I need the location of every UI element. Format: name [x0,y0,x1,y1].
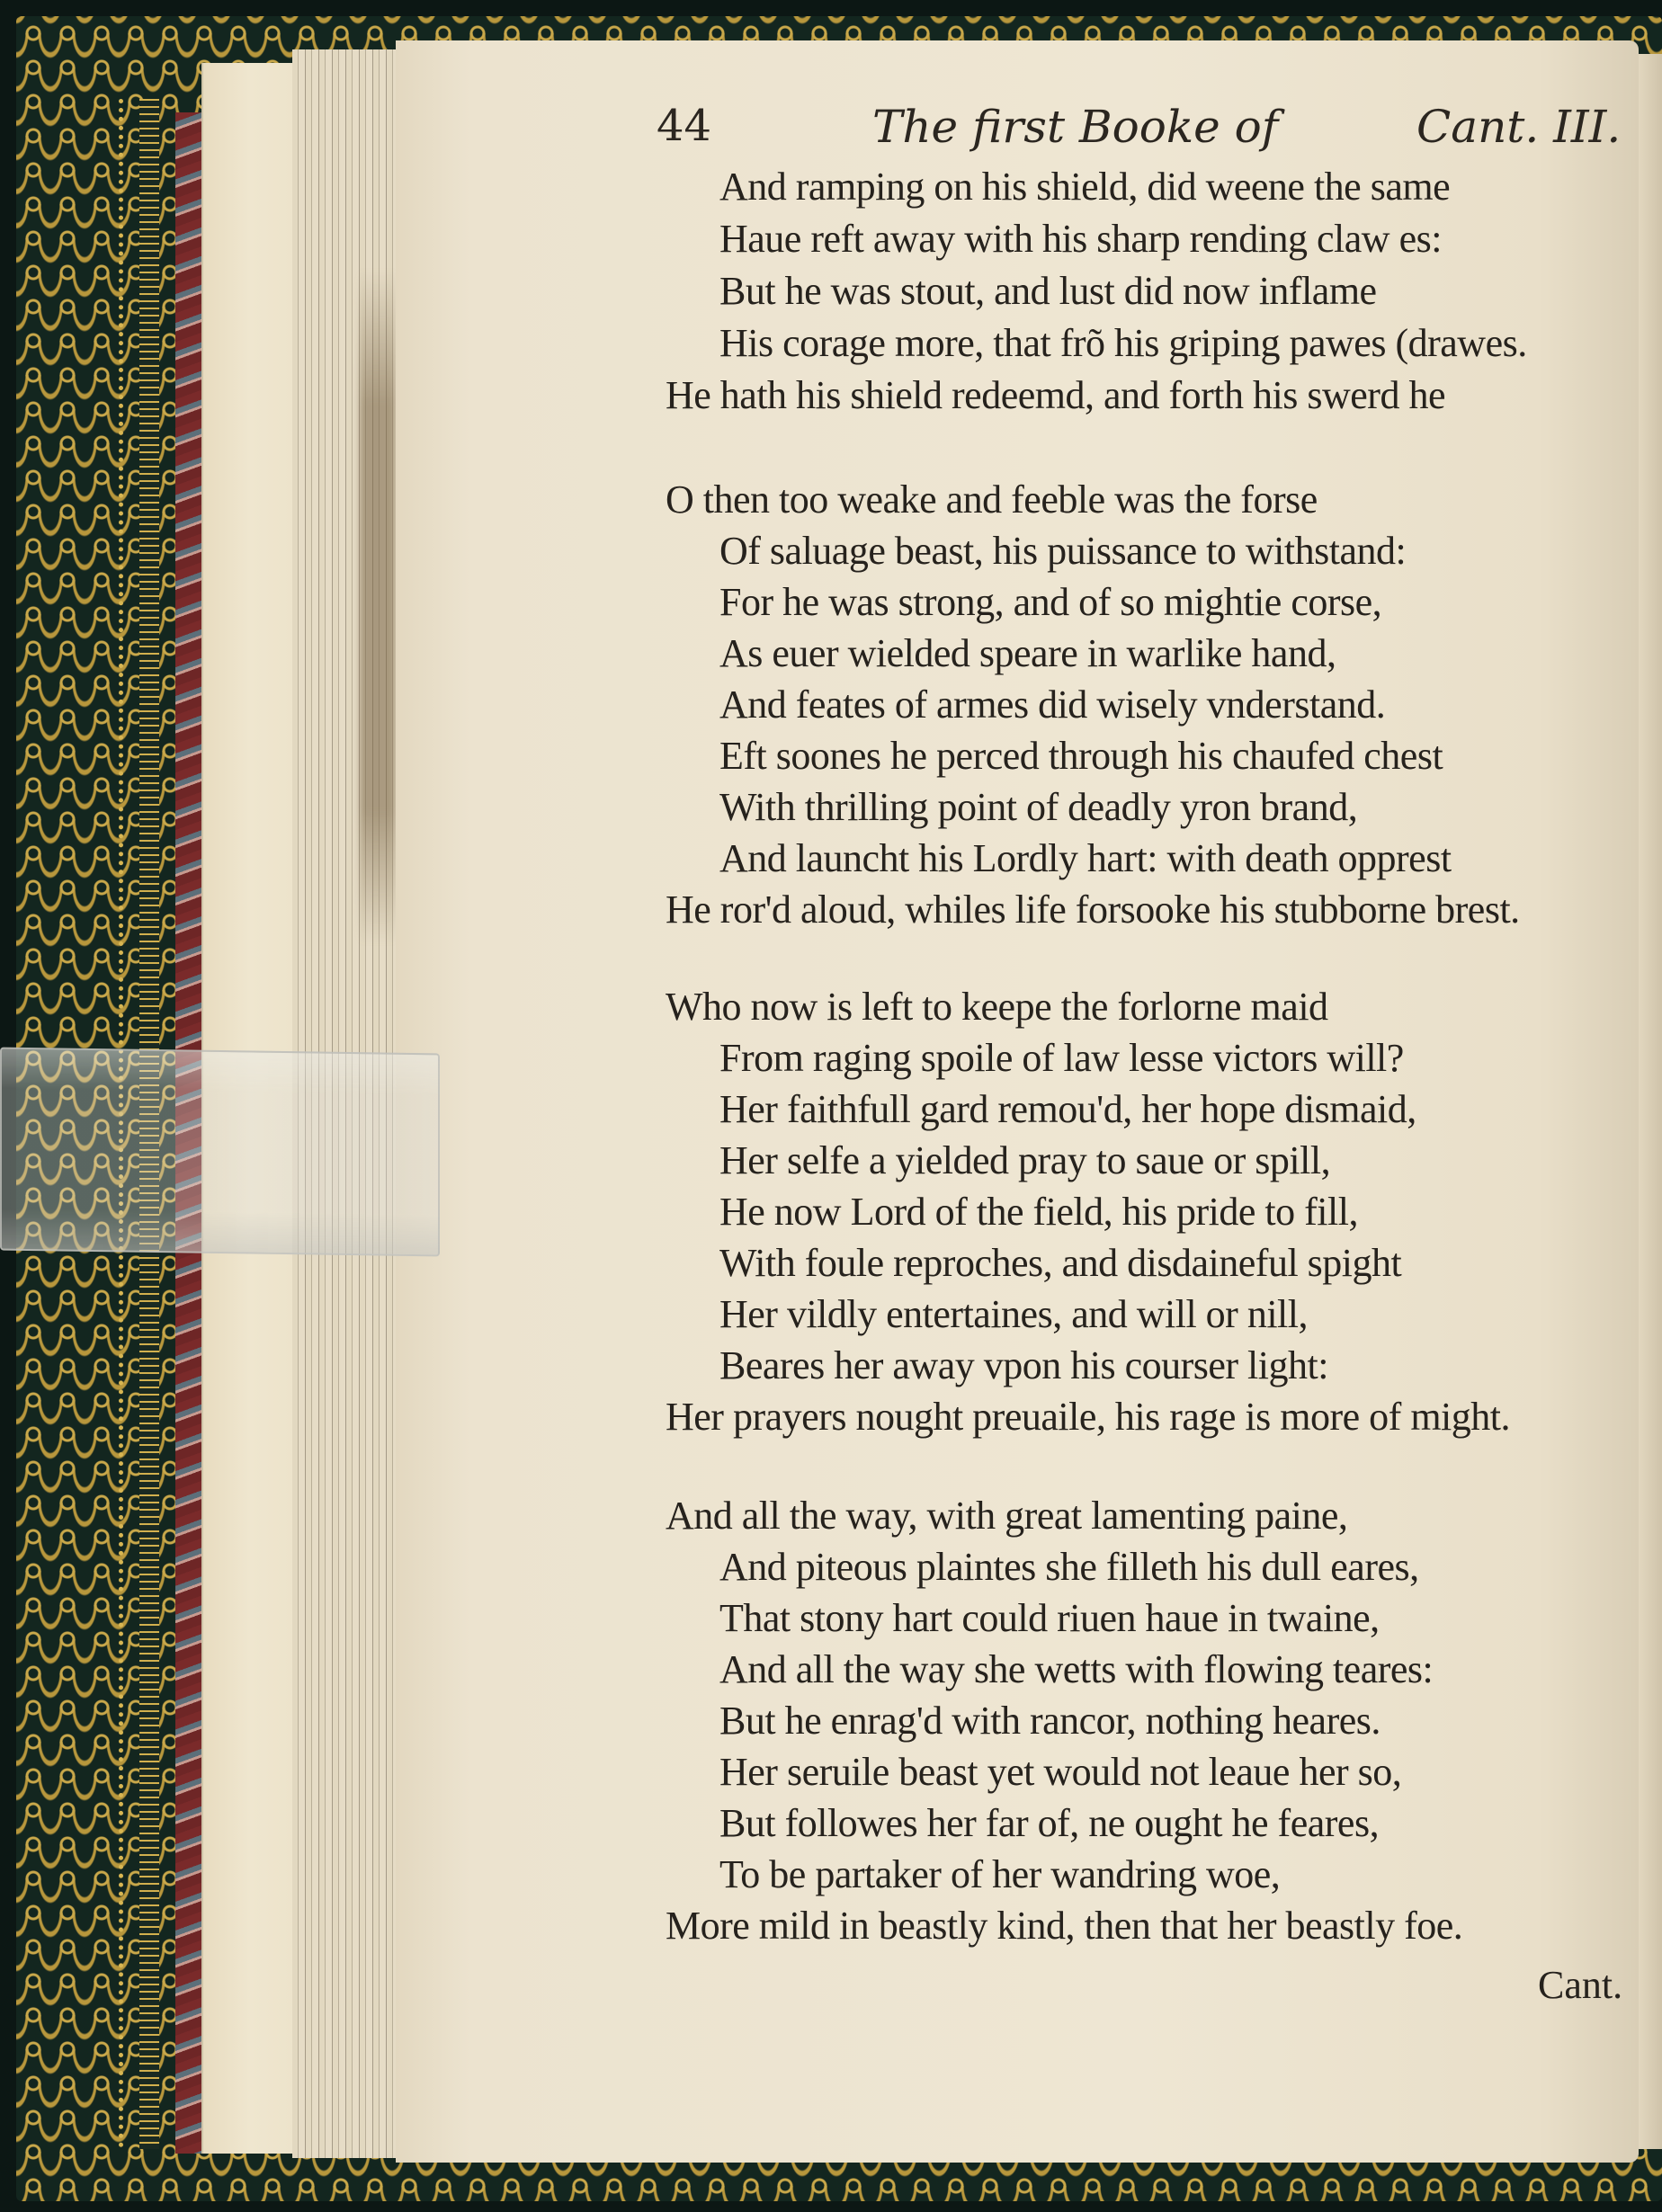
verse-line: Who now is left to keepe the forlorne ma… [666,984,1328,1030]
page-number: 44 [657,101,711,151]
verse-line: Beares her away vpon his courser light: [719,1342,1328,1388]
verse-line: But he enrag'd with rancor, nothing hear… [719,1698,1381,1744]
running-title: The first Booke of [872,101,1278,153]
verse-line: And all the way she wetts with flowing t… [719,1646,1433,1692]
gutter-stain [360,270,396,944]
verse-line: Her faithfull gard remou'd, her hope dis… [719,1086,1416,1132]
verse-line: That stony hart could riuen haue in twai… [719,1595,1380,1641]
verse-line: But he was stout, and lust did now infla… [719,268,1377,314]
verse-line: And all the way, with great lamenting pa… [666,1493,1347,1539]
verse-line: And piteous plaintes she filleth his dul… [719,1544,1419,1590]
verse-line: Her selfe a yielded pray to saue or spil… [719,1137,1330,1183]
catchword: Cant. [1538,1962,1622,2008]
clear-page-weight-bar [0,1048,440,1257]
verse-line: For he was strong, and of so mightie cor… [719,579,1381,625]
verse-line: But followes her far of, ne ought he fea… [719,1800,1379,1846]
verse-line: More mild in beastly kind, then that her… [666,1903,1462,1949]
verse-line: Haue reft away with his sharp rending cl… [719,216,1442,262]
verse-line: He ror'd aloud, whiles life forsooke his… [666,887,1520,932]
verse-line: And launcht his Lordly hart: with death … [719,835,1452,881]
verse-line: As euer wielded speare in warlike hand, [719,630,1336,676]
verse-line: O then too weake and feeble was the fors… [666,477,1318,522]
verse-line: Her prayers nought preuaile, his rage is… [666,1394,1510,1440]
verse-line: And feates of armes did wisely vnderstan… [719,682,1385,727]
verse-line: He now Lord of the field, his pride to f… [719,1189,1358,1235]
verse-line: Her vildly entertaines, and will or nill… [719,1291,1308,1337]
verse-line: And ramping on his shield, did weene the… [719,164,1450,210]
running-header: 44 The first Booke of Cant. III. [657,101,1637,164]
verse-line: He hath his shield redeemd, and forth hi… [666,372,1445,418]
verse-line: With thrilling point of deadly yron bran… [719,784,1357,830]
verse-line: To be partaker of her wandring woe, [719,1851,1280,1897]
canto-label: Cant. III. [1416,101,1621,153]
verse-line: Her seruile beast yet would not leaue he… [719,1749,1401,1795]
verse-line: Of saluage beast, his puissance to withs… [719,528,1406,574]
fore-edge-pages [1639,54,1662,2149]
verse-line: With foule reproches, and disdaineful sp… [719,1240,1401,1286]
verse-line: His corage more, that frõ his griping pa… [719,320,1527,366]
verse-line: From raging spoile of law lesse victors … [719,1035,1404,1081]
verse-line: Eft soones he perced through his chaufed… [719,733,1443,779]
